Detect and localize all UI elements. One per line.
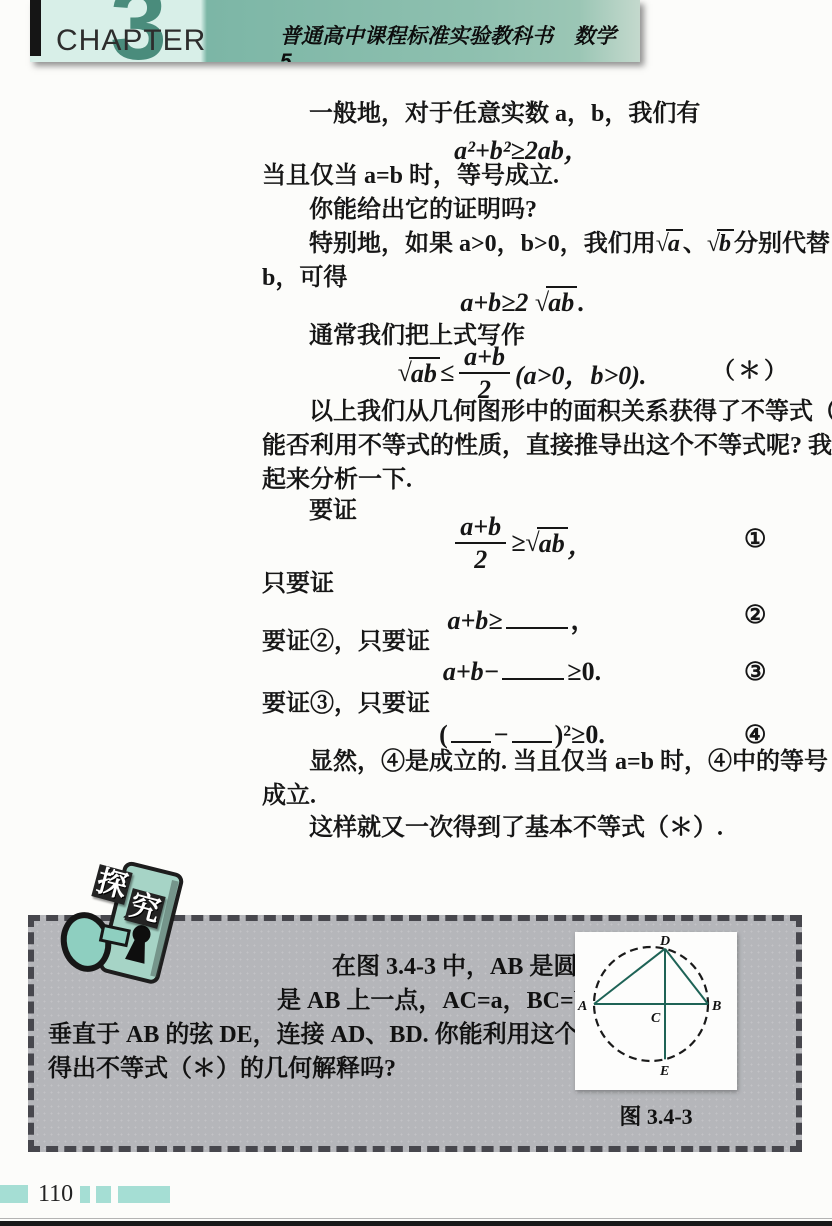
f1-radicand: ab — [537, 527, 568, 559]
f4-minus: − — [494, 720, 509, 749]
para-obvious-2: 成立. — [262, 782, 316, 811]
formula-3: a+b−≥0. — [262, 657, 782, 687]
sum-post: . — [577, 288, 584, 317]
special-pre: 特别地，如果 a>0，b>0，我们用 — [309, 231, 656, 257]
sum-pre: a+b≥2 — [460, 288, 535, 317]
circle-diagram: A B C D E — [575, 932, 737, 1090]
para-above-3: 起来分析一下. — [262, 466, 412, 495]
blank-line — [451, 741, 491, 743]
f4-open: ( — [439, 720, 448, 749]
para-need-4: 要证③，只要证 — [262, 690, 430, 719]
para-need-2: 只要证 — [262, 570, 334, 599]
formula-3-number: ③ — [744, 657, 766, 687]
textbook-page: 3 CHAPTER 普通高中课程标准实验教科书 数学 5 一般地，对于任意实数 … — [0, 0, 832, 1226]
chapter-label: CHAPTER — [56, 24, 206, 58]
formula-1: a+b2≥√ab， — [262, 512, 782, 574]
explore-line-4: 得出不等式（＊）的几何解释吗? — [48, 1048, 396, 1083]
f1-post: ， — [568, 525, 594, 562]
footer-teal-square — [118, 1186, 170, 1203]
blank-line — [512, 741, 552, 743]
para-prove-question: 你能给出它的证明吗? — [309, 196, 537, 225]
fraction-denominator: 2 — [474, 544, 487, 574]
figure-3-4-3: A B C D E — [575, 932, 737, 1090]
radicand-a: a — [666, 229, 683, 257]
f1-fraction: a+b2 — [455, 512, 506, 574]
formula-star-tag: （＊） — [712, 352, 790, 385]
point-label-e: E — [659, 1064, 669, 1079]
padlock-key-icon — [56, 860, 206, 992]
special-mid: 、 — [683, 231, 707, 257]
book-title: 普通高中课程标准实验教科书 数学 5 — [280, 20, 640, 62]
page-edge-mark — [30, 0, 41, 56]
chapter-header-band: 3 CHAPTER 普通高中课程标准实验教科书 数学 5 — [30, 0, 640, 62]
formula-squares-text: a²+b²≥2ab， — [454, 136, 590, 165]
f3-pre: a+b− — [443, 657, 500, 686]
para-above-2: 能否利用不等式的性质，直接推导出这个不等式呢? 我们一 — [262, 432, 832, 461]
fraction-numerator: a+b — [455, 512, 506, 544]
star-radicand: ab — [409, 357, 440, 389]
exploration-lock-icon — [56, 860, 206, 992]
formula-sum: a+b≥2 √ab. — [262, 288, 782, 318]
star-relation: ≤ — [440, 358, 454, 388]
f2-post: ， — [571, 606, 597, 635]
star-condition: (a>0，b>0). — [515, 355, 646, 392]
radicand-b: b — [717, 229, 734, 257]
fraction-numerator: a+b — [459, 342, 510, 374]
para-again: 这样就又一次得到了基本不等式（＊）. — [309, 814, 723, 843]
para-above-1: 以上我们从几何图形中的面积关系获得了不等式（＊）. — [309, 398, 832, 427]
f2-pre: a+b≥ — [447, 606, 502, 635]
blank-line — [506, 627, 568, 629]
star-fraction: a+b2 — [459, 342, 510, 404]
point-label-d: D — [659, 934, 670, 949]
point-label-b: B — [711, 999, 721, 1014]
footer-teal-block — [0, 1185, 28, 1203]
formula-4-number: ④ — [744, 720, 766, 750]
sum-radicand: ab — [546, 286, 577, 317]
formula-star: √ab≤a+b2 (a>0，b>0). — [262, 342, 782, 404]
para-special-case: 特别地，如果 a>0，b>0，我们用√a、√b分别代替 a、 — [309, 230, 832, 259]
formula-2-number: ② — [744, 600, 766, 630]
blank-line — [502, 678, 564, 680]
footer-teal-square — [80, 1186, 90, 1203]
para-need-3: 要证②，只要证 — [262, 628, 430, 657]
f4-close: )²≥0. — [555, 720, 605, 749]
formula-4: (−)²≥0. — [262, 720, 782, 750]
para-general: 一般地，对于任意实数 a，b，我们有 — [309, 100, 700, 129]
page-number: 110 — [38, 1181, 73, 1208]
para-obvious-1: 显然，④是成立的. 当且仅当 a=b 时，④中的等号 — [309, 748, 828, 777]
footer-rule — [0, 1218, 832, 1219]
f3-post: ≥0. — [567, 657, 601, 686]
point-label-c: C — [651, 1011, 661, 1026]
para-equality: 当且仅当 a=b 时，等号成立. — [262, 162, 559, 191]
page-bottom-edge — [0, 1221, 832, 1226]
explore-line-3: 垂直于 AB 的弦 DE，连接 AD、BD. 你能利用这个图形， — [48, 1014, 651, 1049]
formula-1-number: ① — [744, 524, 766, 554]
f1-relation: ≥ — [511, 528, 525, 558]
footer-teal-square — [96, 1186, 111, 1203]
special-post: 分别代替 a、 — [734, 231, 832, 257]
point-label-a: A — [577, 999, 587, 1014]
segment-ad — [594, 949, 665, 1004]
figure-caption: 图 3.4-3 — [575, 1100, 737, 1131]
